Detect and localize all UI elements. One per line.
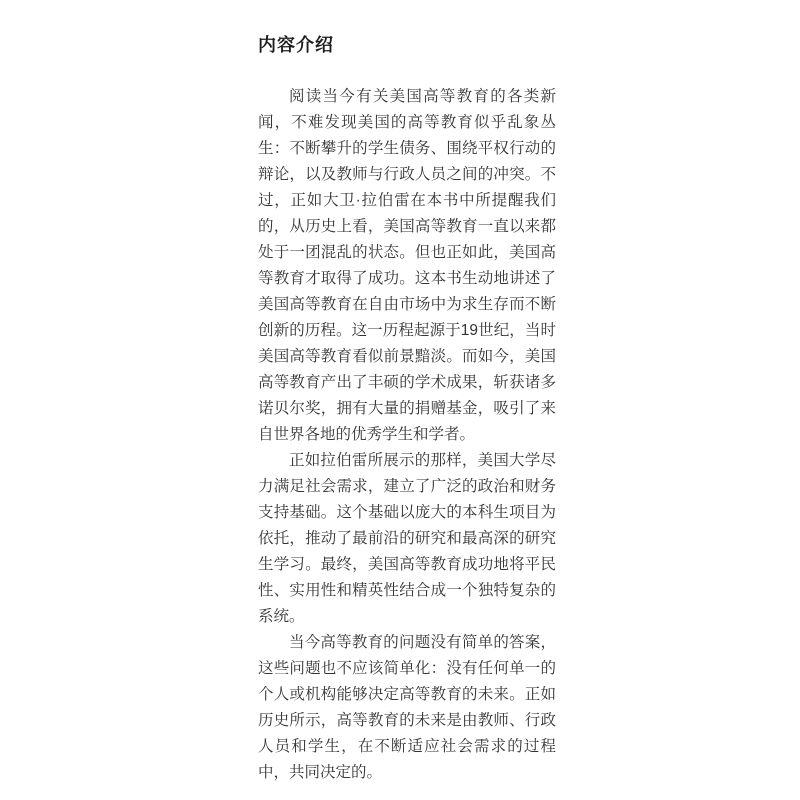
- text-line: 等教育才取得了成功。这本书生动地讲述了: [258, 266, 556, 292]
- section-heading: 内容介绍: [258, 32, 556, 58]
- text-line: 人员和学生，在不断适应社会需求的过程: [258, 734, 556, 760]
- body-text: 阅读当今有关美国高等教育的各类新闻，不难发现美国的高等教育似乎乱象丛生：不断攀升…: [258, 84, 556, 786]
- text-line: 美国高等教育在自由市场中为求生存而不断: [258, 292, 556, 318]
- text-line: 当今高等教育的问题没有简单的答案，: [258, 630, 556, 656]
- text-line: 高等教育产出了丰硕的学术成果，斩获诸多: [258, 370, 556, 396]
- text-line: 过，正如大卫·拉伯雷在本书中所提醒我们: [258, 188, 556, 214]
- text-line: 生学习。最终，美国高等教育成功地将平民: [258, 552, 556, 578]
- text-line: 依托，推动了最前沿的研究和最高深的研究: [258, 526, 556, 552]
- text-line: 自世界各地的优秀学生和学者。: [258, 422, 556, 448]
- text-line: 创新的历程。这一历程起源于19世纪，当时: [258, 318, 556, 344]
- text-line: 诺贝尔奖，拥有大量的捐赠基金，吸引了来: [258, 396, 556, 422]
- text-line: 的，从历史上看，美国高等教育一直以来都: [258, 214, 556, 240]
- text-line: 美国高等教育看似前景黯淡。而如今，美国: [258, 344, 556, 370]
- text-line: 力满足社会需求，建立了广泛的政治和财务: [258, 474, 556, 500]
- text-line: 正如拉伯雷所展示的那样，美国大学尽: [258, 448, 556, 474]
- text-line: 阅读当今有关美国高等教育的各类新: [258, 84, 556, 110]
- text-line: 辩论，以及教师与行政人员之间的冲突。不: [258, 162, 556, 188]
- content-intro-section: 内容介绍 阅读当今有关美国高等教育的各类新闻，不难发现美国的高等教育似乎乱象丛生…: [258, 32, 556, 786]
- text-line: 系统。: [258, 604, 556, 630]
- paragraph: 当今高等教育的问题没有简单的答案，这些问题也不应该简单化：没有任何单一的个人或机…: [258, 630, 556, 786]
- text-line: 处于一团混乱的状态。但也正如此，美国高: [258, 240, 556, 266]
- text-line: 性、实用性和精英性结合成一个独特复杂的: [258, 578, 556, 604]
- paragraph: 正如拉伯雷所展示的那样，美国大学尽力满足社会需求，建立了广泛的政治和财务支持基础…: [258, 448, 556, 630]
- text-line: 这些问题也不应该简单化：没有任何单一的: [258, 656, 556, 682]
- text-line: 历史所示，高等教育的未来是由教师、行政: [258, 708, 556, 734]
- book-page: 内容介绍 阅读当今有关美国高等教育的各类新闻，不难发现美国的高等教育似乎乱象丛生…: [0, 0, 800, 800]
- text-line: 闻，不难发现美国的高等教育似乎乱象丛: [258, 110, 556, 136]
- text-line: 个人或机构能够决定高等教育的未来。正如: [258, 682, 556, 708]
- text-line: 生：不断攀升的学生债务、围绕平权行动的: [258, 136, 556, 162]
- paragraph: 阅读当今有关美国高等教育的各类新闻，不难发现美国的高等教育似乎乱象丛生：不断攀升…: [258, 84, 556, 448]
- text-line: 中，共同决定的。: [258, 760, 556, 786]
- text-line: 支持基础。这个基础以庞大的本科生项目为: [258, 500, 556, 526]
